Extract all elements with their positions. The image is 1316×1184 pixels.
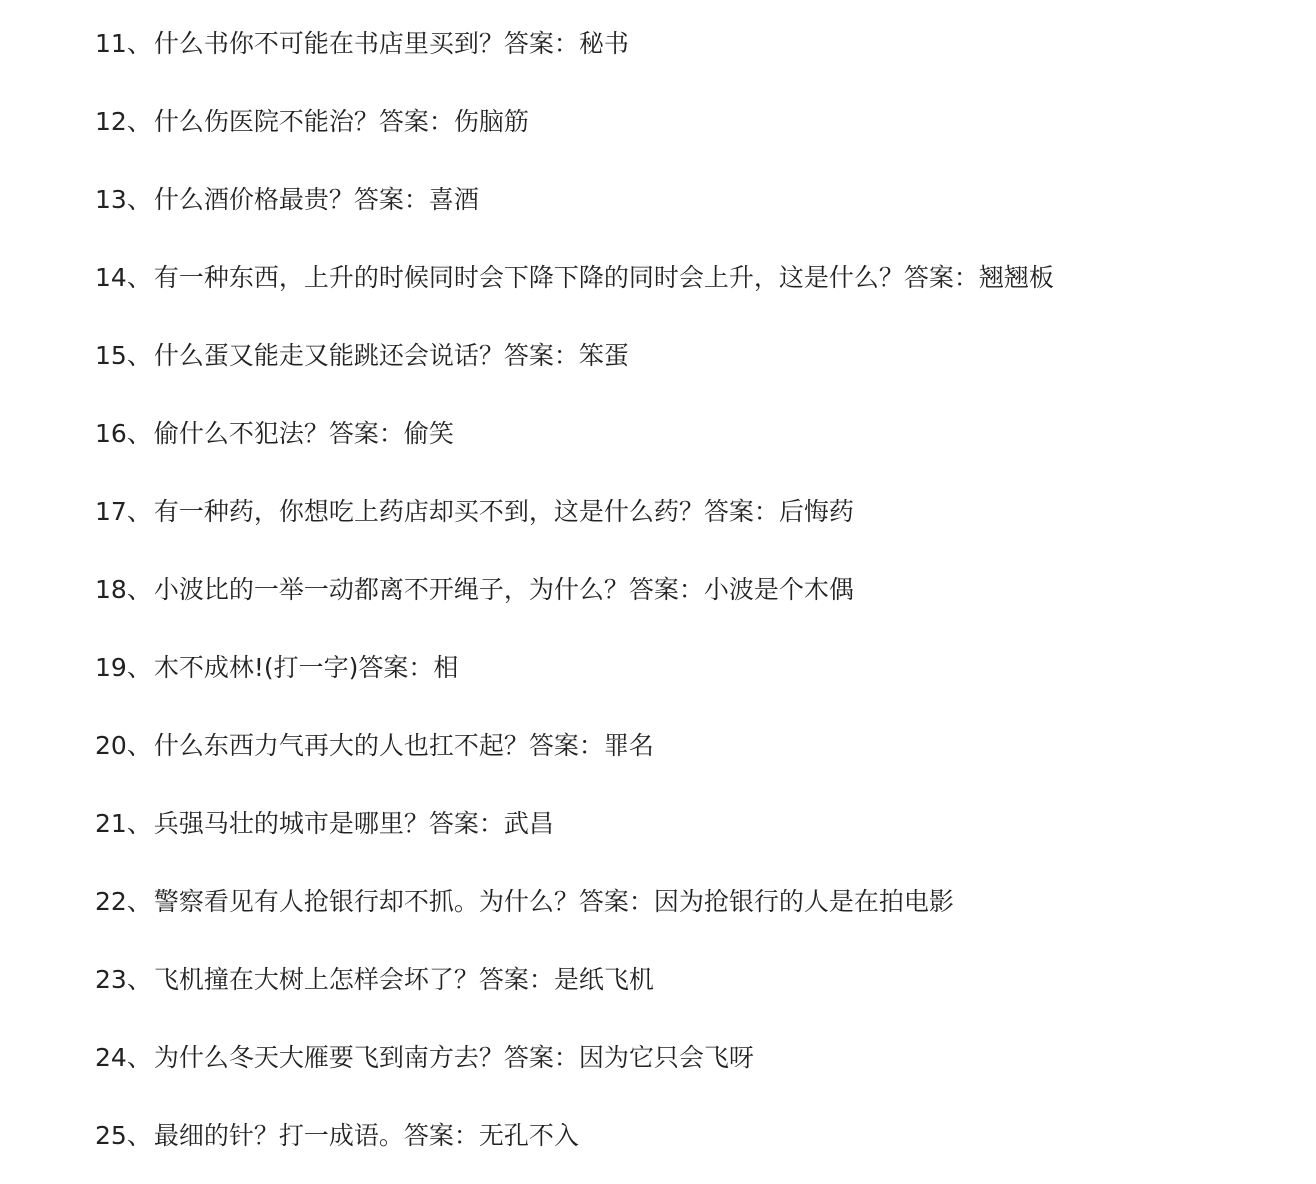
riddle-item-19: 19、木不成林!(打一字)答案：相	[95, 648, 458, 688]
item-separator: 、	[127, 414, 152, 454]
item-separator: 、	[127, 1038, 152, 1078]
item-text: 偷什么不犯法？答案：偷笑	[154, 419, 454, 448]
item-number: 18	[95, 570, 127, 610]
item-text: 小波比的一举一动都离不开绳子，为什么？答案：小波是个木偶	[154, 575, 854, 604]
item-separator: 、	[127, 102, 152, 142]
item-text: 警察看见有人抢银行却不抓。为什么？答案：因为抢银行的人是在拍电影	[154, 887, 954, 916]
item-number: 20	[95, 726, 127, 766]
item-separator: 、	[127, 336, 152, 376]
riddle-item-20: 20、什么东西力气再大的人也扛不起？答案：罪名	[95, 726, 654, 766]
item-number: 17	[95, 492, 127, 532]
item-text: 为什么冬天大雁要飞到南方去？答案：因为它只会飞呀	[154, 1043, 754, 1072]
item-number: 11	[95, 24, 127, 64]
item-text: 飞机撞在大树上怎样会坏了？答案：是纸飞机	[154, 965, 654, 994]
riddle-item-25: 25、最细的针？打一成语。答案：无孔不入	[95, 1116, 579, 1156]
riddle-item-13: 13、什么酒价格最贵？答案：喜酒	[95, 180, 479, 220]
item-number: 22	[95, 882, 127, 922]
item-number: 13	[95, 180, 127, 220]
item-text: 兵强马壮的城市是哪里？答案：武昌	[154, 809, 554, 838]
item-separator: 、	[127, 24, 152, 64]
item-separator: 、	[127, 726, 152, 766]
item-text: 有一种药，你想吃上药店却买不到，这是什么药？答案：后悔药	[154, 497, 854, 526]
item-text: 什么酒价格最贵？答案：喜酒	[154, 185, 479, 214]
item-number: 14	[95, 258, 127, 298]
item-separator: 、	[127, 492, 152, 532]
riddle-item-21: 21、兵强马壮的城市是哪里？答案：武昌	[95, 804, 554, 844]
item-separator: 、	[127, 648, 152, 688]
item-number: 16	[95, 414, 127, 454]
item-number: 24	[95, 1038, 127, 1078]
riddle-item-12: 12、什么伤医院不能治？答案：伤脑筋	[95, 102, 529, 142]
item-number: 23	[95, 960, 127, 1000]
item-text: 什么东西力气再大的人也扛不起？答案：罪名	[154, 731, 654, 760]
item-separator: 、	[127, 258, 152, 298]
item-number: 25	[95, 1116, 127, 1156]
item-text: 什么书你不可能在书店里买到？答案：秘书	[154, 29, 629, 58]
item-number: 21	[95, 804, 127, 844]
riddle-item-14: 14、有一种东西，上升的时候同时会下降下降的同时会上升，这是什么？答案：翘翘板	[95, 258, 1054, 298]
item-separator: 、	[127, 804, 152, 844]
item-text: 有一种东西，上升的时候同时会下降下降的同时会上升，这是什么？答案：翘翘板	[154, 263, 1054, 292]
item-separator: 、	[127, 882, 152, 922]
riddle-item-23: 23、飞机撞在大树上怎样会坏了？答案：是纸飞机	[95, 960, 654, 1000]
item-number: 15	[95, 336, 127, 376]
item-text: 最细的针？打一成语。答案：无孔不入	[154, 1121, 579, 1150]
riddle-item-11: 11、什么书你不可能在书店里买到？答案：秘书	[95, 24, 629, 64]
riddle-item-15: 15、什么蛋又能走又能跳还会说话？答案：笨蛋	[95, 336, 629, 376]
item-number: 12	[95, 102, 127, 142]
riddle-item-17: 17、有一种药，你想吃上药店却买不到，这是什么药？答案：后悔药	[95, 492, 854, 532]
item-text: 木不成林!(打一字)答案：相	[154, 653, 459, 682]
item-separator: 、	[127, 960, 152, 1000]
item-text: 什么蛋又能走又能跳还会说话？答案：笨蛋	[154, 341, 629, 370]
riddle-item-22: 22、警察看见有人抢银行却不抓。为什么？答案：因为抢银行的人是在拍电影	[95, 882, 954, 922]
item-text: 什么伤医院不能治？答案：伤脑筋	[154, 107, 529, 136]
item-separator: 、	[127, 570, 152, 610]
item-number: 19	[95, 648, 127, 688]
riddle-item-18: 18、小波比的一举一动都离不开绳子，为什么？答案：小波是个木偶	[95, 570, 854, 610]
riddle-item-24: 24、为什么冬天大雁要飞到南方去？答案：因为它只会飞呀	[95, 1038, 754, 1078]
riddle-item-16: 16、偷什么不犯法？答案：偷笑	[95, 414, 454, 454]
item-separator: 、	[127, 180, 152, 220]
item-separator: 、	[127, 1116, 152, 1156]
